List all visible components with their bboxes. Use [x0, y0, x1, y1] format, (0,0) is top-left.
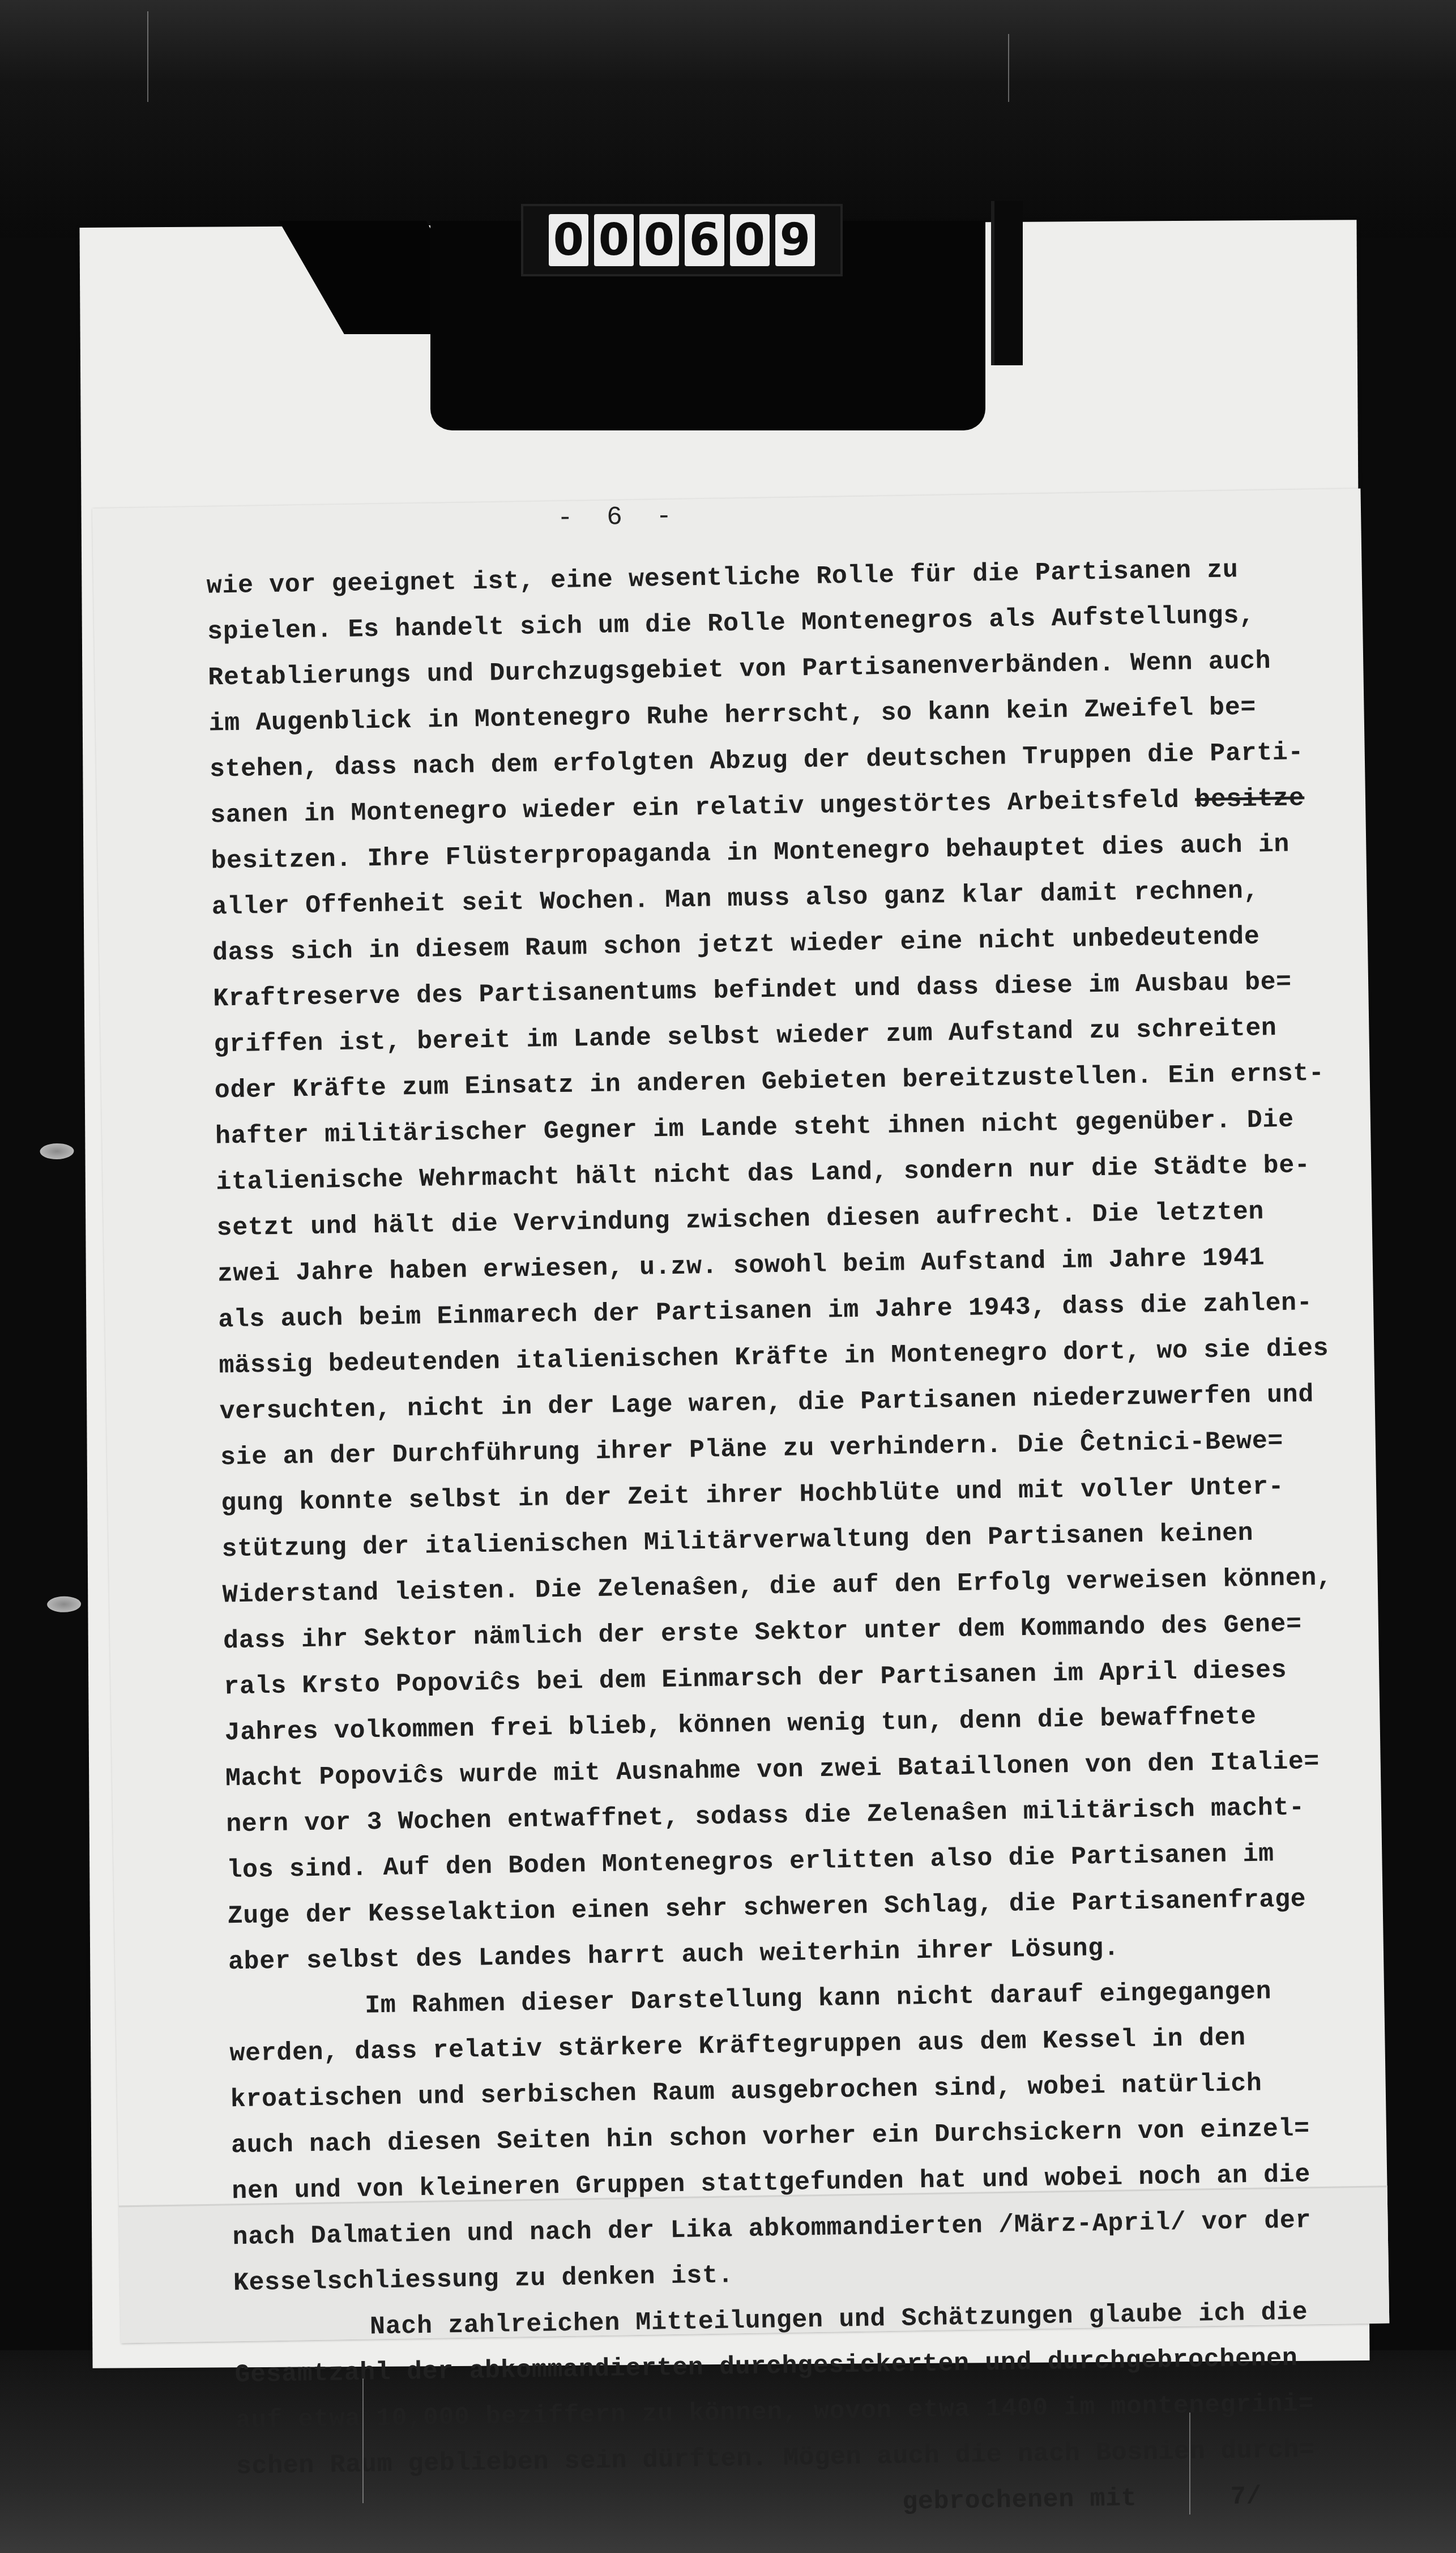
counter-handle: [991, 201, 1023, 365]
counter-digit: 9: [775, 214, 815, 266]
struck-word: besitze: [1195, 784, 1305, 814]
film-scratch: [1189, 2413, 1190, 2514]
document-page: - 6 - wie vor geeignet ist, eine wesentl…: [92, 489, 1390, 2343]
film-scratch: [362, 2379, 364, 2503]
film-scratch: [147, 11, 148, 102]
text-line: sanen in Montenegro wieder ein relativ u…: [210, 786, 1180, 830]
counter-digit: 0: [594, 214, 634, 266]
frame-counter-device: 0 0 0 6 0 9: [430, 187, 985, 430]
counter-digit: 0: [730, 214, 770, 266]
typed-text-body: wie vor geeignet ist, eine wesentliche R…: [206, 546, 1341, 2535]
counter-digit: 0: [549, 214, 588, 266]
punch-hole-upper: [40, 1143, 74, 1159]
counter-digit: 6: [685, 214, 724, 266]
film-scratch: [1008, 34, 1009, 102]
counter-display: 0 0 0 6 0 9: [521, 204, 843, 276]
counter-digit: 0: [639, 214, 679, 266]
punch-hole-lower: [47, 1596, 81, 1612]
